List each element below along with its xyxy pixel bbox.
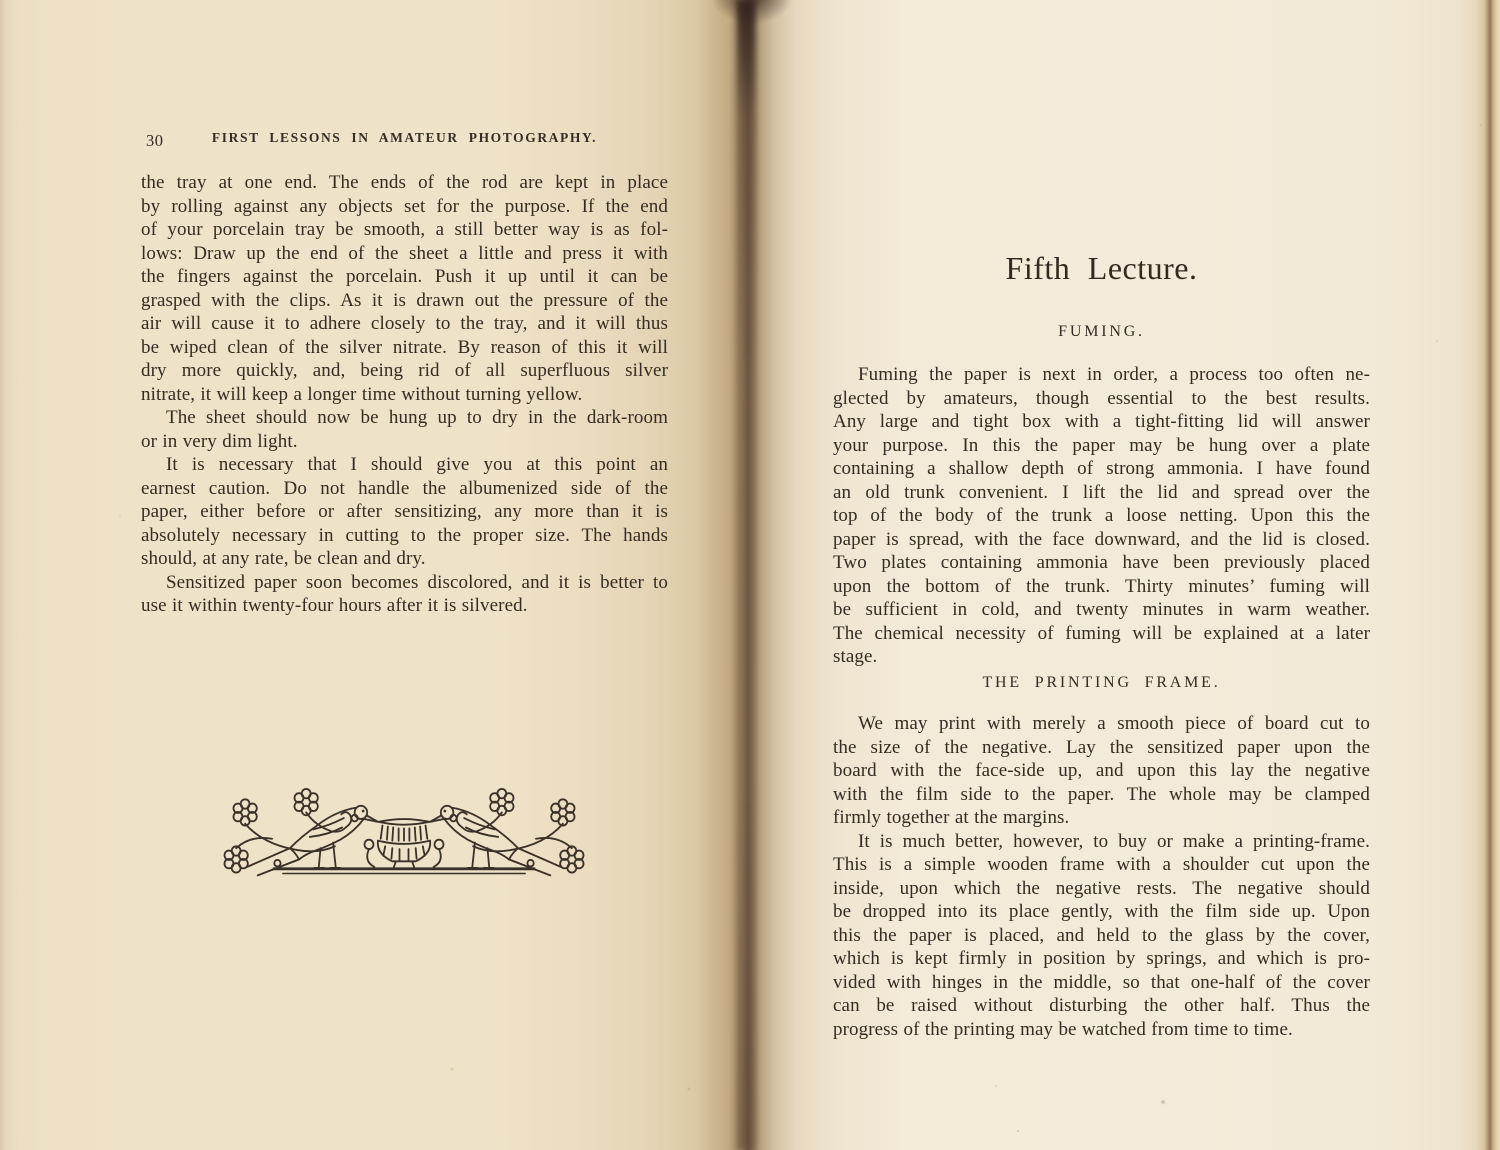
paragraph: It is necessary that I should give you a… bbox=[141, 453, 668, 571]
section-heading-fuming: FUMING. bbox=[833, 323, 1370, 341]
text-line: Fuming the paper is next in order, a pro… bbox=[833, 363, 1370, 387]
paragraph: Sensitized paper soon becomes discolored… bbox=[141, 571, 668, 618]
text-line: an old trunk convenient. I lift the lid … bbox=[833, 481, 1370, 505]
text-line: the size of the negative. Lay the sensit… bbox=[833, 736, 1370, 760]
text-line: can be raised without disturbing the oth… bbox=[833, 994, 1370, 1018]
text-line: this the paper is placed, and held to th… bbox=[833, 924, 1370, 948]
left-page: 30 FIRST LESSONS IN AMATEUR PHOTOGRAPHY.… bbox=[0, 0, 748, 1150]
text-line: upon the bottom of the trunk. Thirty min… bbox=[833, 575, 1370, 599]
text-line: or in very dim light. bbox=[141, 430, 668, 454]
printing-frame-text-column: We may print with merely a smooth piece … bbox=[833, 712, 1370, 1041]
text-line: your purpose. In this the paper may be h… bbox=[833, 434, 1370, 458]
paragraph: The sheet should now be hung up to dry i… bbox=[141, 406, 668, 453]
text-line: firmly together at the margins. bbox=[833, 806, 1370, 830]
running-header: FIRST LESSONS IN AMATEUR PHOTOGRAPHY. bbox=[141, 130, 668, 146]
text-line: board with the face-side up, and upon th… bbox=[833, 759, 1370, 783]
text-line: progress of the printing may be watched … bbox=[833, 1018, 1370, 1042]
text-line: vided with hinges in the middle, so that… bbox=[833, 971, 1370, 995]
text-line: grasped with the clips. As it is drawn o… bbox=[141, 289, 668, 313]
text-line: stage. bbox=[833, 645, 1370, 669]
text-line: Any large and tight box with a tight-fit… bbox=[833, 410, 1370, 434]
fuming-text-column: Fuming the paper is next in order, a pro… bbox=[833, 363, 1370, 669]
text-line: the tray at one end. The ends of the rod… bbox=[141, 171, 668, 195]
text-line: be sufficient in cold, and twenty minute… bbox=[833, 598, 1370, 622]
book-spread: 30 FIRST LESSONS IN AMATEUR PHOTOGRAPHY.… bbox=[0, 0, 1500, 1150]
urn-icon bbox=[365, 819, 444, 869]
paragraph: It is much better, however, to buy or ma… bbox=[833, 830, 1370, 1042]
text-line: Two plates containing ammonia have been … bbox=[833, 551, 1370, 575]
tailpiece-ornament-icon bbox=[220, 788, 588, 882]
text-line: containing a shallow depth of strong amm… bbox=[833, 457, 1370, 481]
text-line: absolutely necessary in cutting to the p… bbox=[141, 524, 668, 548]
page-number: 30 bbox=[146, 131, 164, 151]
chapter-title: Fifth Lecture. bbox=[833, 250, 1370, 287]
text-line: air will cause it to adhere closely to t… bbox=[141, 312, 668, 336]
left-page-header: 30 FIRST LESSONS IN AMATEUR PHOTOGRAPHY. bbox=[141, 130, 668, 152]
text-line: It is much better, however, to buy or ma… bbox=[833, 830, 1370, 854]
paragraph: Fuming the paper is next in order, a pro… bbox=[833, 363, 1370, 669]
text-line: The sheet should now be hung up to dry i… bbox=[141, 406, 668, 430]
flower-cluster-icon bbox=[450, 789, 583, 873]
text-line: of your porcelain tray be smooth, a stil… bbox=[141, 218, 668, 242]
text-line: paper is spread, with the face downward,… bbox=[833, 528, 1370, 552]
left-text-column: the tray at one end. The ends of the rod… bbox=[141, 171, 668, 618]
text-line: top of the body of the trunk a loose net… bbox=[833, 504, 1370, 528]
text-line: paper, either before or after sensitizin… bbox=[141, 500, 668, 524]
text-line: inside, upon which the negative rests. T… bbox=[833, 877, 1370, 901]
text-line: glected by amateurs, though essential to… bbox=[833, 387, 1370, 411]
right-page: Fifth Lecture. FUMING. Fuming the paper … bbox=[748, 0, 1500, 1150]
paragraph: We may print with merely a smooth piece … bbox=[833, 712, 1370, 830]
text-line: should, at any rate, be clean and dry. bbox=[141, 547, 668, 571]
text-line: be dropped into its place gently, with t… bbox=[833, 900, 1370, 924]
text-line: which is kept firmly in position by spri… bbox=[833, 947, 1370, 971]
text-line: earnest caution. Do not handle the album… bbox=[141, 477, 668, 501]
text-line: by rolling against any objects set for t… bbox=[141, 195, 668, 219]
text-line: Sensitized paper soon becomes discolored… bbox=[141, 571, 668, 595]
text-line: be wiped clean of the silver nitrate. By… bbox=[141, 336, 668, 360]
text-line: the fingers against the porcelain. Push … bbox=[141, 265, 668, 289]
text-line: It is necessary that I should give you a… bbox=[141, 453, 668, 477]
text-line: This is a simple wooden frame with a sho… bbox=[833, 853, 1370, 877]
text-line: with the film side to the paper. The who… bbox=[833, 783, 1370, 807]
flower-cluster-icon bbox=[224, 789, 357, 873]
text-line: dry more quickly, and, being rid of all … bbox=[141, 359, 668, 383]
text-line: nitrate, it will keep a longer time with… bbox=[141, 383, 668, 407]
section-heading-printing-frame: THE PRINTING FRAME. bbox=[833, 674, 1370, 692]
paragraph: the tray at one end. The ends of the rod… bbox=[141, 171, 668, 406]
text-line: We may print with merely a smooth piece … bbox=[833, 712, 1370, 736]
text-line: use it within twenty-four hours after it… bbox=[141, 594, 668, 618]
text-line: The chemical necessity of fuming will be… bbox=[833, 622, 1370, 646]
text-line: lows: Draw up the end of the sheet a lit… bbox=[141, 242, 668, 266]
